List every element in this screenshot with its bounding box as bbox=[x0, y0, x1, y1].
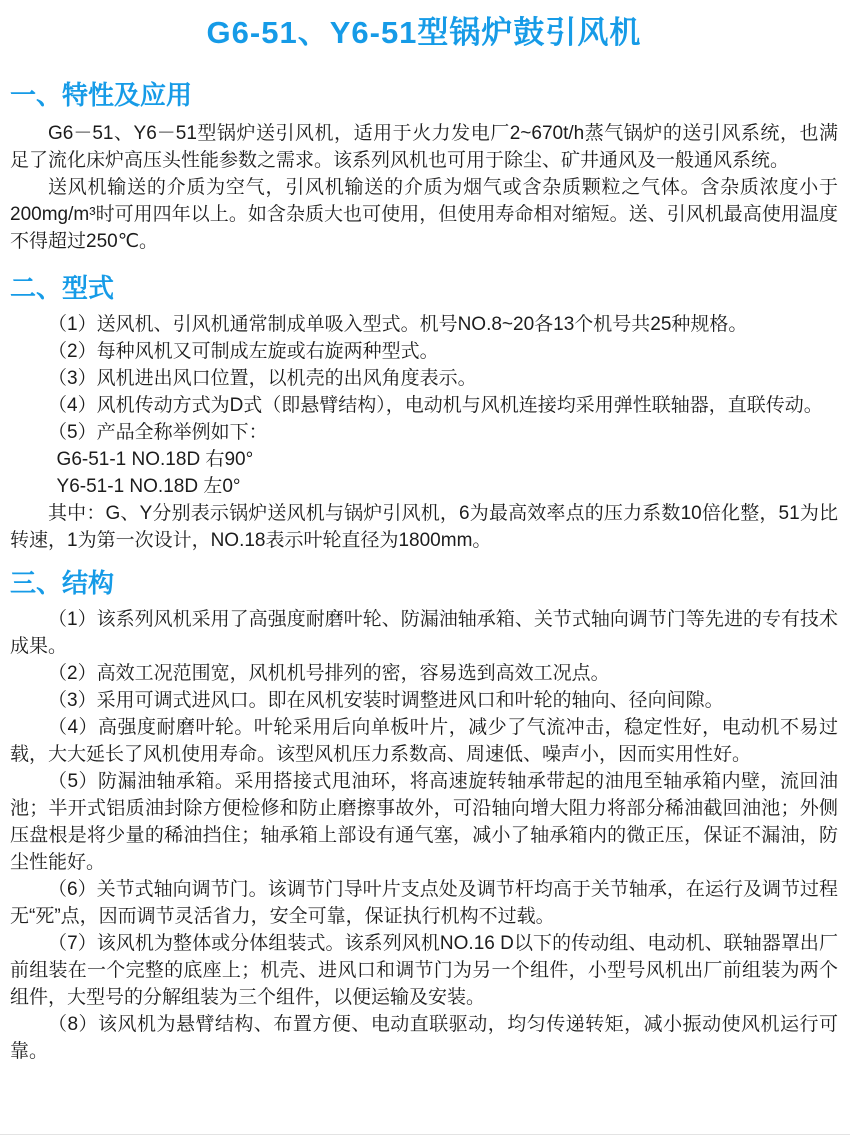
structure-item-1: （1）该系列风机采用了高强度耐磨叶轮、防漏油轴承箱、关节式轴向调节门等先进的专有… bbox=[10, 606, 838, 660]
page-title: G6-51、Y6-51型锅炉鼓引风机 bbox=[10, 12, 838, 54]
type-item-2: （2）每种风机又可制成左旋或右旋两种型式。 bbox=[10, 338, 838, 365]
section-heading-type: 二、型式 bbox=[10, 271, 838, 305]
features-paragraph-1: G6－51、Y6－51型锅炉送引风机，适用于火力发电厂2~670t/h蒸气锅炉的… bbox=[10, 120, 838, 174]
type-note: 其中：G、Y分别表示锅炉送风机与锅炉引风机，6为最高效率点的压力系数10倍化整，… bbox=[10, 500, 838, 554]
type-item-1: （1）送风机、引风机通常制成单吸入型式。机号NO.8~20各13个机号共25种规… bbox=[10, 311, 838, 338]
structure-item-3: （3）采用可调式进风口。即在风机安装时调整进风口和叶轮的轴向、径向间隙。 bbox=[10, 687, 838, 714]
structure-item-8: （8）该风机为悬臂结构、布置方便、电动直联驱动，均匀传递转矩，减小振动使风机运行… bbox=[10, 1011, 838, 1065]
section-heading-features: 一、特性及应用 bbox=[10, 78, 838, 112]
bottom-divider bbox=[0, 1134, 850, 1135]
type-item-4: （4）风机传动方式为D式（即悬臂结构），电动机与风机连接均采用弹性联轴器，直联传… bbox=[10, 392, 838, 419]
structure-item-2: （2）高效工况范围宽，风机机号排列的密，容易选到高效工况点。 bbox=[10, 660, 838, 687]
structure-item-5: （5）防漏油轴承箱。采用搭接式甩油环，将高速旋转轴承带起的油甩至轴承箱内壁，流回… bbox=[10, 768, 838, 876]
type-item-3: （3）风机进出风口位置，以机壳的出风角度表示。 bbox=[10, 365, 838, 392]
features-paragraph-2: 送风机输送的介质为空气，引风机输送的介质为烟气或含杂质颗粒之气体。含杂质浓度小于… bbox=[10, 174, 838, 255]
document-page: G6-51、Y6-51型锅炉鼓引风机 一、特性及应用 G6－51、Y6－51型锅… bbox=[0, 0, 850, 1136]
type-item-5: （5）产品全称举例如下： bbox=[10, 419, 838, 446]
structure-item-7: （7）该风机为整体或分体组装式。该系列风机NO.16 D以下的传动组、电动机、联… bbox=[10, 930, 838, 1011]
structure-item-4: （4）高强度耐磨叶轮。叶轮采用后向单板叶片，减少了气流冲击，稳定性好，电动机不易… bbox=[10, 714, 838, 768]
model-example-2: Y6-51-1 NO.18D 左0° bbox=[10, 473, 838, 500]
section-heading-structure: 三、结构 bbox=[10, 566, 838, 600]
structure-item-6: （6）关节式轴向调节门。该调节门导叶片支点处及调节杆均高于关节轴承，在运行及调节… bbox=[10, 876, 838, 930]
model-example-1: G6-51-1 NO.18D 右90° bbox=[10, 446, 838, 473]
